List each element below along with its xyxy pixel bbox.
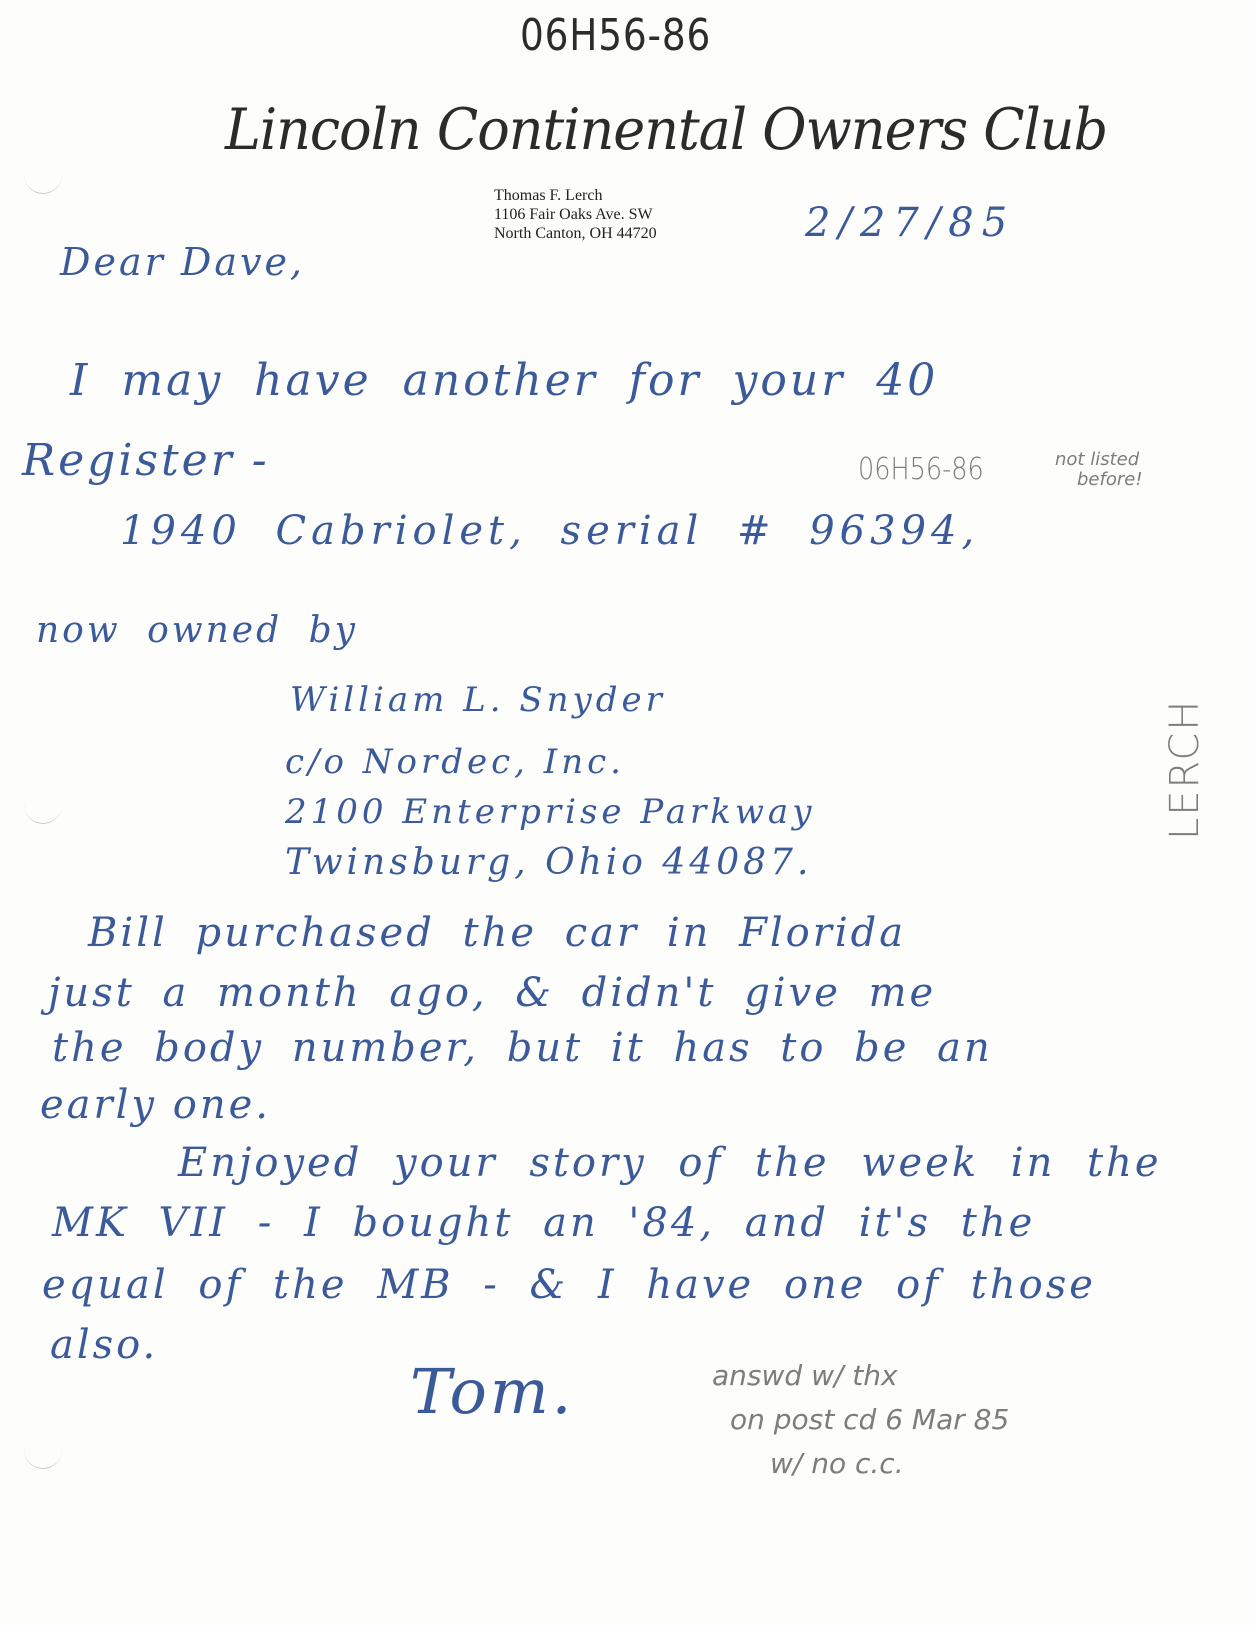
body-line: Bill purchased the car in Florida: [88, 910, 906, 956]
body-line: equal of the MB - & I have one of those: [42, 1262, 1096, 1308]
owner-address-line: 2100 Enterprise Parkway: [285, 792, 815, 832]
reply-note-line: answd w/ thx: [712, 1354, 1009, 1398]
reply-note-line: on post cd 6 Mar 85: [712, 1398, 1009, 1442]
sender-address-line2: North Canton, OH 44720: [494, 224, 657, 243]
owner-name: William L. Snyder: [290, 680, 666, 720]
signature: Tom.: [410, 1355, 574, 1428]
reply-note-line: w/ no c.c.: [712, 1442, 1009, 1486]
body-line: early one.: [40, 1082, 271, 1128]
owner-address-line: Twinsburg, Ohio 44087.: [285, 842, 812, 883]
not-listed-line1: not listed: [1055, 450, 1185, 470]
body-line: Enjoyed your story of the week in the: [178, 1140, 1162, 1186]
letter-date: 2/27/85: [805, 200, 1015, 246]
letter-line: now owned by: [36, 610, 358, 651]
archive-code: 06H56-86: [520, 10, 711, 61]
side-label: LERCH: [1162, 699, 1208, 840]
not-listed-annotation: not listed before!: [1055, 450, 1185, 490]
body-line: also.: [50, 1322, 158, 1368]
body-line: the body number, but it has to be an: [52, 1025, 993, 1071]
reply-note: answd w/ thx on post cd 6 Mar 85 w/ no c…: [712, 1354, 1009, 1486]
sender-block: Thomas F. Lerch 1106 Fair Oaks Ave. SW N…: [494, 186, 657, 243]
owner-address-line: c/o Nordec, Inc.: [285, 742, 625, 782]
body-line: just a month ago, & didn't give me: [48, 970, 936, 1016]
letter-line: I may have another for your 40: [70, 355, 938, 406]
sender-name: Thomas F. Lerch: [494, 186, 657, 205]
letterhead-title: Lincoln Continental Owners Club: [225, 96, 1107, 162]
letter-line: 1940 Cabriolet, serial # 96394,: [120, 508, 979, 554]
salutation: Dear Dave,: [60, 240, 305, 284]
punch-hole: [24, 1440, 62, 1469]
register-code-annotation: 06H56-86: [858, 452, 984, 487]
sender-address-line1: 1106 Fair Oaks Ave. SW: [494, 205, 657, 224]
body-line: MK VII - I bought an '84, and it's the: [52, 1200, 1035, 1246]
letter-line: Register -: [22, 435, 270, 486]
not-listed-line2: before!: [1055, 470, 1185, 490]
punch-hole: [24, 165, 62, 194]
punch-hole: [24, 795, 62, 824]
